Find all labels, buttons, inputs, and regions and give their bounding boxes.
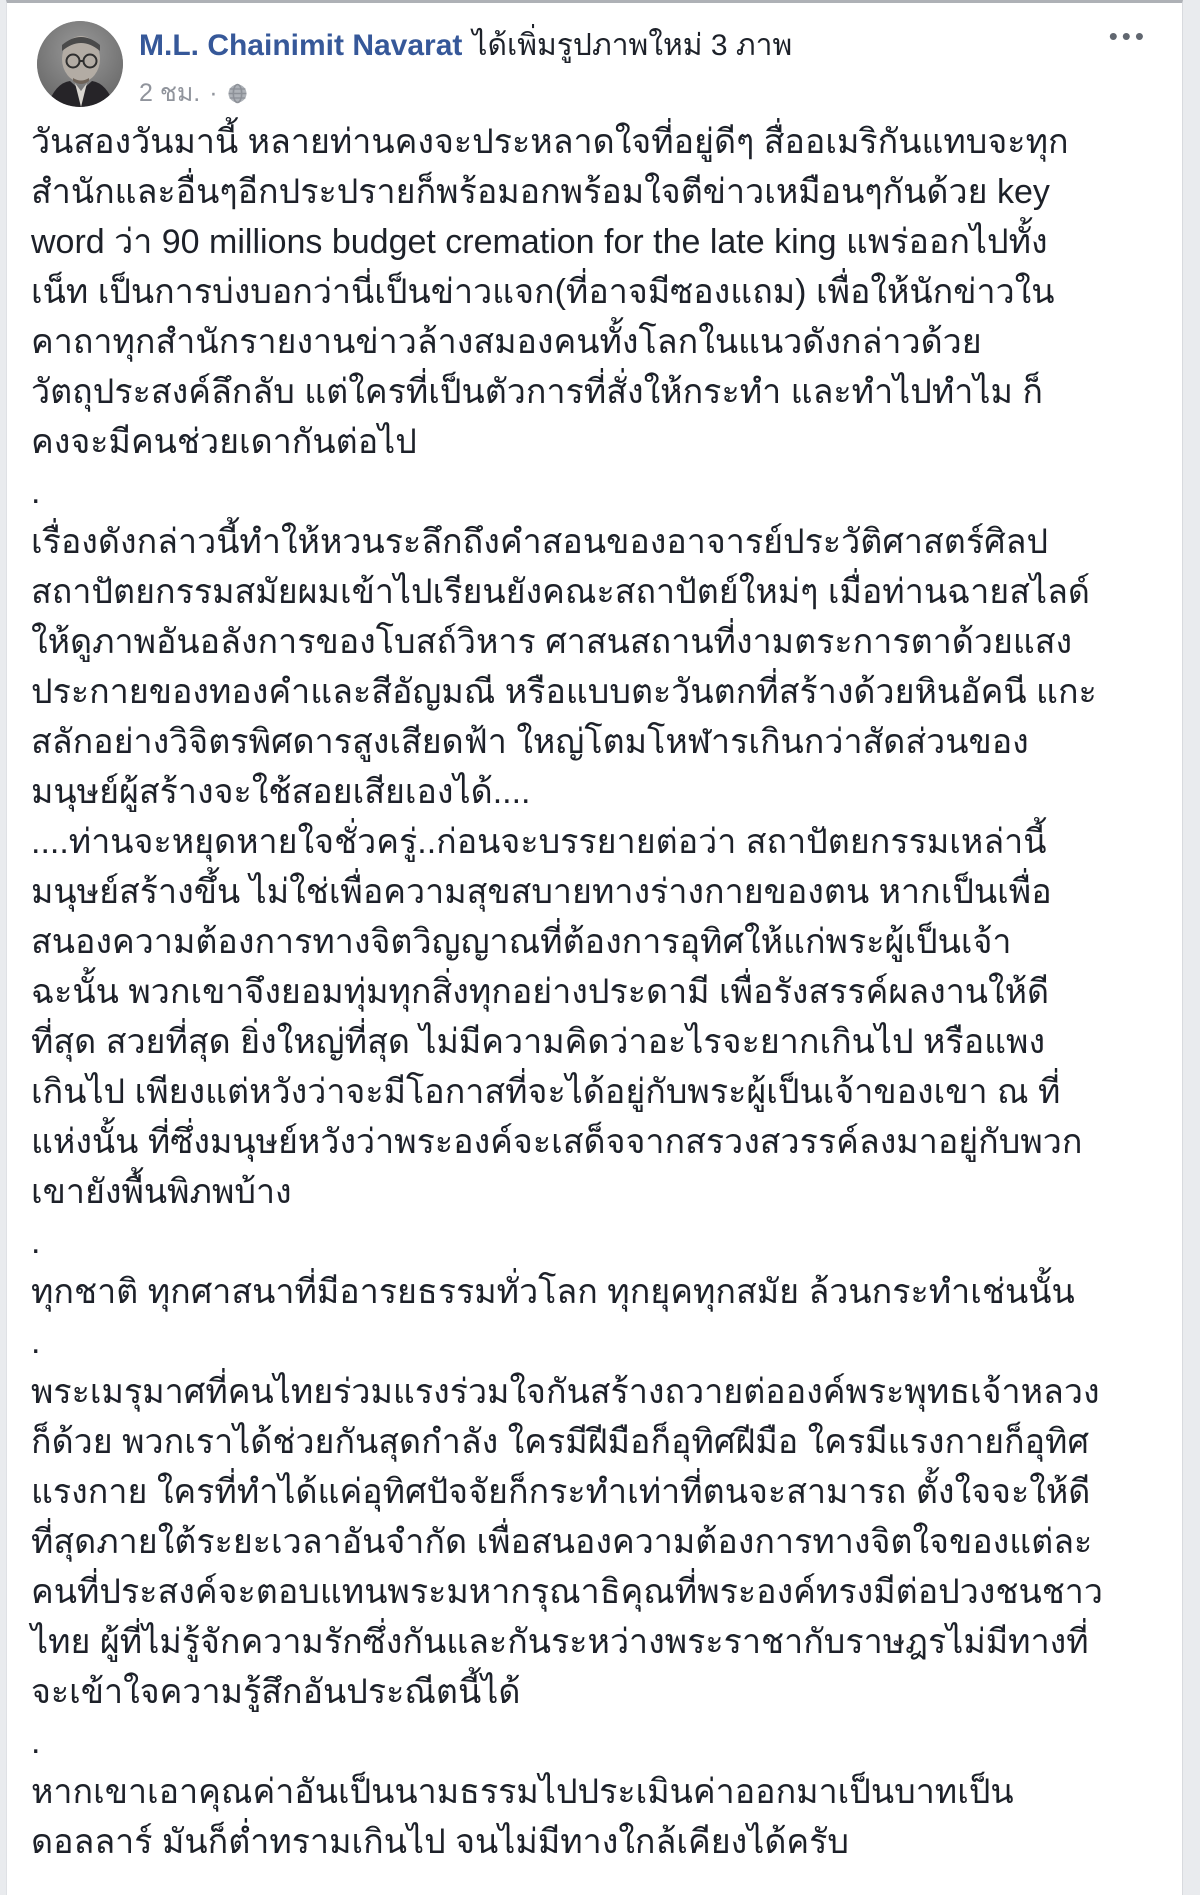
globe-icon: [227, 83, 248, 104]
post-menu-button[interactable]: •••: [1109, 23, 1148, 49]
post-text-line: .: [31, 1717, 1162, 1767]
post-text-line: ทุกชาติ ทุกศาสนาที่มีอารยธรรมทั่วโลก ทุก…: [31, 1267, 1162, 1317]
author-link[interactable]: M.L. Chainimit Navarat: [139, 29, 462, 62]
post-meta: 2 ชม. ·: [139, 73, 1154, 113]
post-title-line: M.L. Chainimit Navaratได้เพิ่มรูปภาพใหม่…: [139, 27, 1154, 65]
post-text-line: มนุษย์ผู้สร้างจะใช้สอยเสียเองได้....: [31, 767, 1162, 817]
post-text-line: แรงกาย ใครที่ทำได้แค่อุทิศปัจจัยก็กระทำเ…: [31, 1467, 1162, 1517]
post-text-line: เรื่องดังกล่าวนี้ทำให้หวนระลึกถึงคำสอนขอ…: [31, 517, 1162, 567]
post-text-line: เขายังพื้นพิภพบ้าง: [31, 1167, 1162, 1217]
post-header-text: M.L. Chainimit Navaratได้เพิ่มรูปภาพใหม่…: [139, 21, 1154, 113]
post-text-line: ....ท่านจะหยุดหายใจชั่วครู่..ก่อนจะบรรยา…: [31, 817, 1162, 867]
post-text-line: ประกายของทองคำและสีอัญมณี หรือแบบตะวันตก…: [31, 667, 1162, 717]
post-text-line: หากเขาเอาคุณค่าอันเป็นนามธรรมไปประเมินค่…: [31, 1767, 1162, 1817]
post-text-line: คนที่ประสงค์จะตอบแทนพระมหากรุณาธิคุณที่พ…: [31, 1567, 1162, 1617]
facebook-post-card: M.L. Chainimit Navaratได้เพิ่มรูปภาพใหม่…: [6, 0, 1183, 1895]
page-background: M.L. Chainimit Navaratได้เพิ่มรูปภาพใหม่…: [0, 0, 1200, 1895]
post-text-line: ดอลลาร์ มันก็ต่ำทรามเกินไป จนไม่มีทางใกล…: [31, 1817, 1162, 1867]
timestamp[interactable]: 2 ชม.: [139, 73, 200, 113]
post-text-line: word ว่า 90 millions budget cremation fo…: [31, 217, 1162, 267]
post-text-line: คาถาทุกสำนักรายงานข่าวล้างสมองคนทั้งโลกใ…: [31, 317, 1162, 367]
post-text-line: มนุษย์สร้างขึ้น ไม่ใช่เพื่อความสุขสบายทา…: [31, 867, 1162, 917]
post-text-line: ที่สุด สวยที่สุด ยิ่งใหญ่ที่สุด ไม่มีควา…: [31, 1017, 1162, 1067]
post-text-line: .: [31, 1317, 1162, 1367]
post-text-line: วันสองวันมานี้ หลายท่านคงจะประหลาดใจที่อ…: [31, 117, 1162, 167]
post-text-line: ฉะนั้น พวกเขาจึงยอมทุ่มทุกสิ่งทุกอย่างปร…: [31, 967, 1162, 1017]
post-text-line: คงจะมีคนช่วยเดากันต่อไป: [31, 417, 1162, 467]
post-text-line: สลักอย่างวิจิตรพิศดารสูงเสียดฟ้า ใหญ่โตม…: [31, 717, 1162, 767]
avatar-portrait-graphic: [37, 21, 123, 107]
post-action-text: ได้เพิ่มรูปภาพใหม่ 3 ภาพ: [472, 29, 792, 62]
post-text-line: สำนักและอื่นๆอีกประปรายก็พร้อมอกพร้อมใจต…: [31, 167, 1162, 217]
post-text-line: สถาปัตยกรรมสมัยผมเข้าไปเรียนยังคณะสถาปัต…: [31, 567, 1162, 617]
post-text-line: พระเมรุมาศที่คนไทยร่วมแรงร่วมใจกันสร้างถ…: [31, 1367, 1162, 1417]
post-text-line: ที่สุดภายใต้ระยะเวลาอันจำกัด เพื่อสนองคว…: [31, 1517, 1162, 1567]
post-body: วันสองวันมานี้ หลายท่านคงจะประหลาดใจที่อ…: [7, 107, 1182, 1867]
post-text-line: เน็ท เป็นการบ่งบอกว่านี่เป็นข่าวแจก(ที่อ…: [31, 267, 1162, 317]
meta-separator: ·: [209, 79, 217, 108]
post-text-line: ก็ด้วย พวกเราได้ช่วยกันสุดกำลัง ใครมีฝีม…: [31, 1417, 1162, 1467]
post-text-line: .: [31, 1217, 1162, 1267]
post-header: M.L. Chainimit Navaratได้เพิ่มรูปภาพใหม่…: [7, 3, 1182, 107]
avatar[interactable]: [37, 21, 123, 107]
post-text-line: จะเข้าใจความรู้สึกอันประณีตนี้ได้: [31, 1667, 1162, 1717]
post-text-line: ให้ดูภาพอันอลังการของโบสถ์วิหาร ศาสนสถาน…: [31, 617, 1162, 667]
post-text-line: ไทย ผู้ที่ไม่รู้จักความรักซึ่งกันและกันร…: [31, 1617, 1162, 1667]
post-text-line: .: [31, 467, 1162, 517]
post-text-line: เกินไป เพียงแต่หวังว่าจะมีโอกาสที่จะได้อ…: [31, 1067, 1162, 1117]
post-text-line: สนองความต้องการทางจิตวิญญาณที่ต้องการอุท…: [31, 917, 1162, 967]
post-text-line: วัตถุประสงค์ลึกลับ แต่ใครที่เป็นตัวการที…: [31, 367, 1162, 417]
post-text-line: แห่งนั้น ที่ซึ่งมนุษย์หวังว่าพระองค์จะเส…: [31, 1117, 1162, 1167]
